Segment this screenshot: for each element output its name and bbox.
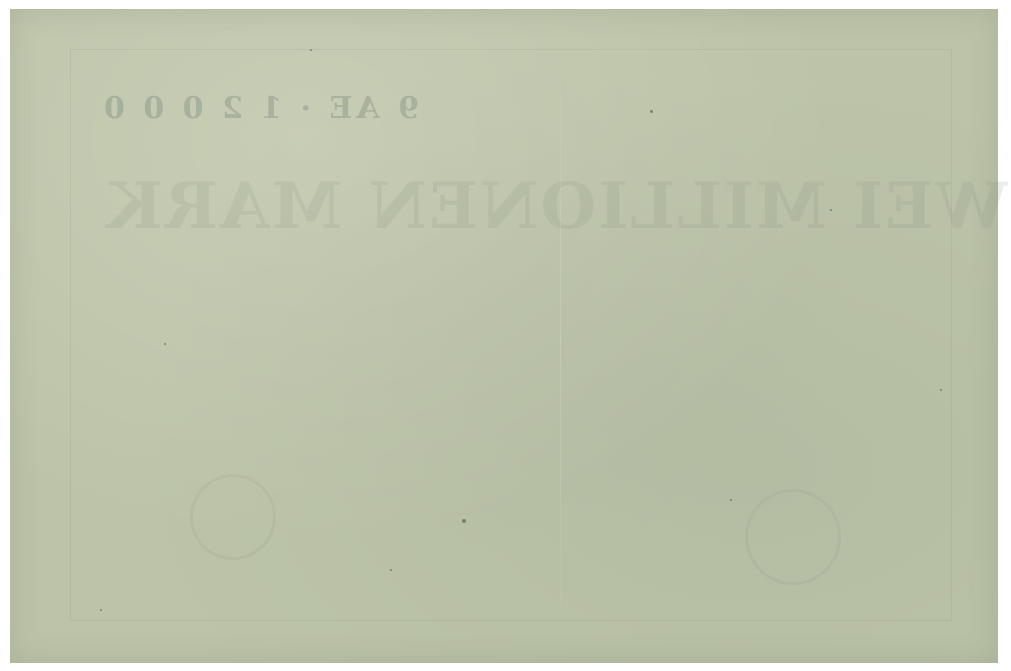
paper-speck xyxy=(390,569,392,571)
paper-speck xyxy=(940,389,942,391)
paper-speck xyxy=(100,609,102,611)
paper-fold-line xyxy=(560,9,561,663)
paper-speck xyxy=(830,209,832,211)
paper-speck xyxy=(164,343,166,345)
show-through-seal-right xyxy=(745,489,841,585)
show-through-seal-left xyxy=(190,474,276,560)
mirrored-serial-number: 9 AE · 1 2 0 0 0 xyxy=(100,91,419,126)
paper-speck xyxy=(730,499,732,501)
paper-speck xyxy=(462,519,466,523)
banknote-reverse: 9 AE · 1 2 0 0 0 ZWEI MILLIONEN MARK xyxy=(10,9,998,663)
paper-speck xyxy=(650,110,653,113)
paper-speck xyxy=(310,49,312,51)
mirrored-denomination-text: ZWEI MILLIONEN MARK xyxy=(105,169,1011,244)
